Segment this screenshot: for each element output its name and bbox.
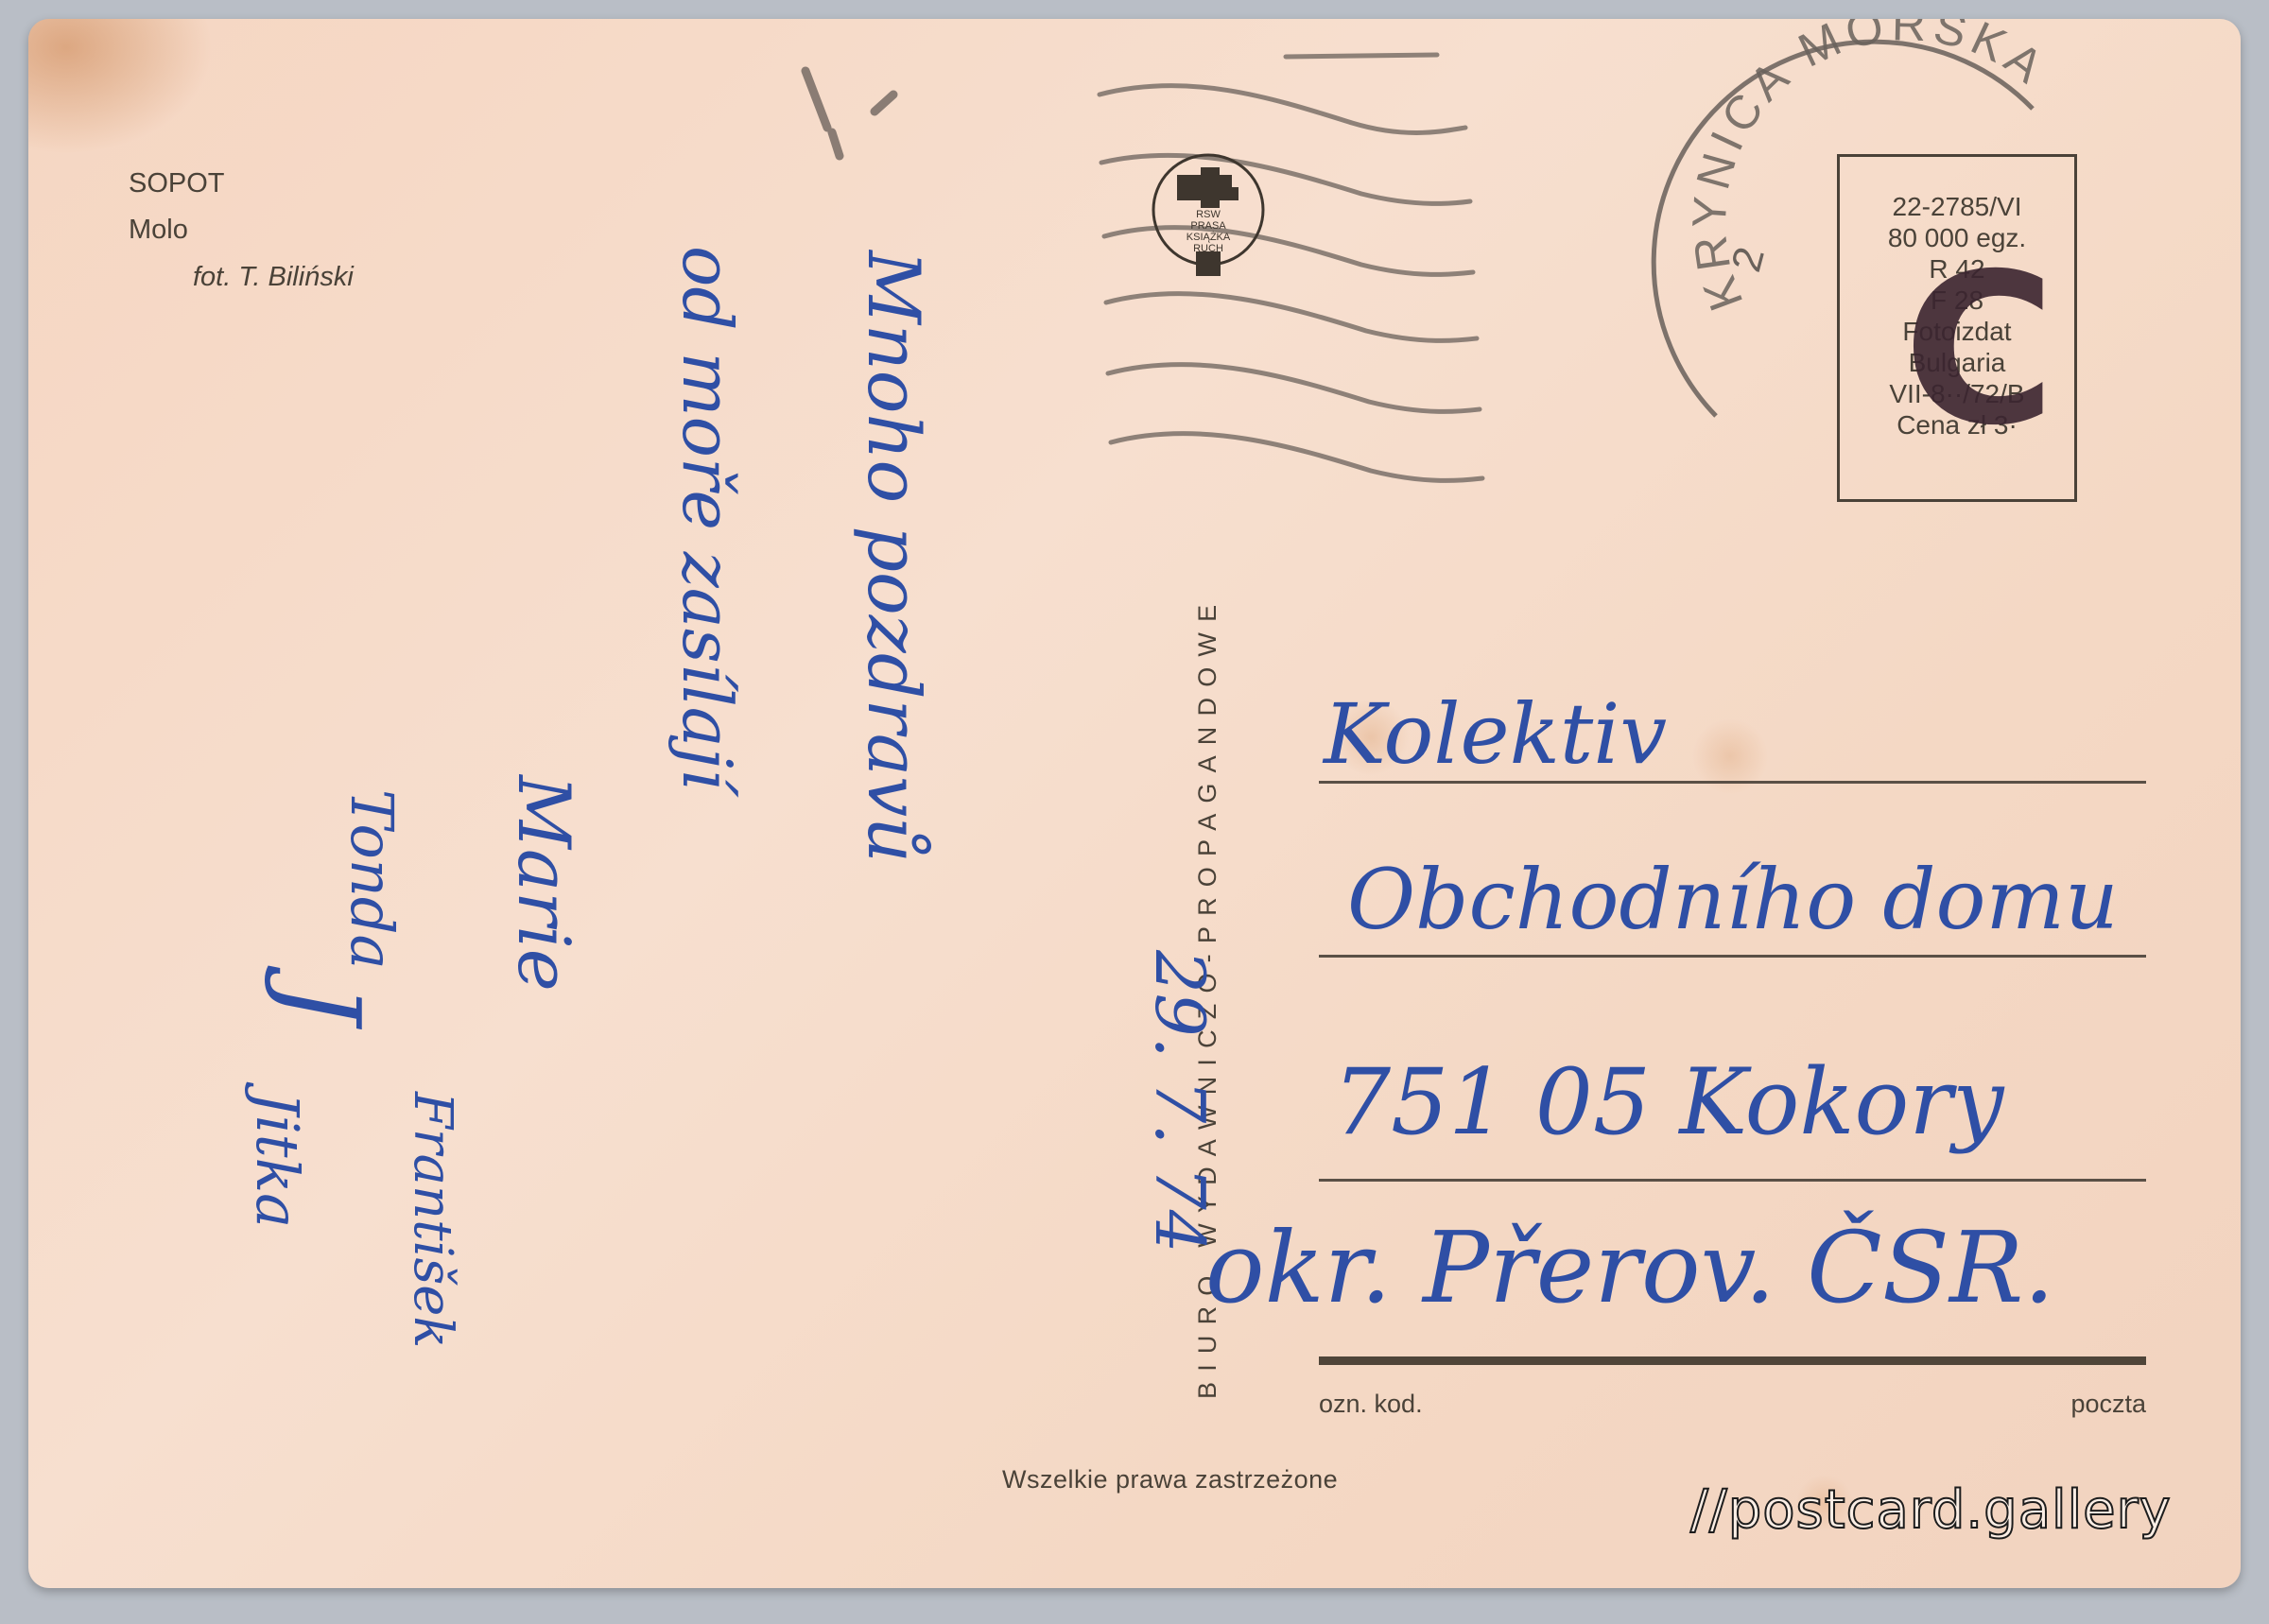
postal-code-label: ozn. kod. bbox=[1319, 1390, 1423, 1419]
signature-3: Jitka bbox=[243, 1092, 312, 1228]
svg-text:PRASA: PRASA bbox=[1190, 220, 1226, 232]
cancellation-c-mark: C bbox=[1903, 246, 2055, 454]
wavy-cancellation-lines-icon bbox=[1100, 55, 1482, 480]
address-line-2 bbox=[1319, 955, 2146, 958]
address-handwriting-line-3: 751 05 Kokory bbox=[1333, 1049, 2003, 1155]
address-line-3 bbox=[1319, 1179, 2146, 1182]
message-line-1: Mnoho pozdravů bbox=[852, 251, 936, 863]
signature-1: Tonda bbox=[338, 789, 407, 969]
svg-text:RUCH: RUCH bbox=[1193, 243, 1223, 254]
handwritten-date: 29. 7. 74 bbox=[1140, 950, 1220, 1253]
logo-line-1: RSW bbox=[1196, 209, 1221, 220]
address-handwriting-line-4: okr. Přerov. ČSR. bbox=[1205, 1210, 2054, 1325]
message-line-3: Marie bbox=[502, 775, 586, 992]
signature-4: František bbox=[402, 1092, 463, 1348]
postcard-back: SOPOT Molo fot. T. Biliński RSW PRASA KS… bbox=[28, 19, 2241, 1588]
address-line-4 bbox=[1319, 1356, 2146, 1365]
pencil-mark-icon bbox=[805, 71, 893, 156]
svg-text:KSIĄŻKA: KSIĄŻKA bbox=[1186, 231, 1231, 243]
rights-notice: Wszelkie prawa zastrzeżone bbox=[1002, 1465, 1338, 1494]
signature-2: J bbox=[262, 983, 383, 1025]
address-handwriting-line-2: Obchodního domu bbox=[1347, 851, 2119, 948]
imprint-line: 22-2785/VI bbox=[1840, 191, 2074, 222]
address-handwriting-line-1: Kolektiv bbox=[1324, 685, 1667, 783]
site-watermark: //postcard.gallery bbox=[1690, 1479, 2172, 1541]
post-office-label: poczta bbox=[2018, 1390, 2146, 1419]
message-line-2: od moře zasílají bbox=[667, 246, 747, 790]
rsw-logo-icon: RSW PRASA KSIĄŻKA RUCH bbox=[1153, 155, 1263, 276]
